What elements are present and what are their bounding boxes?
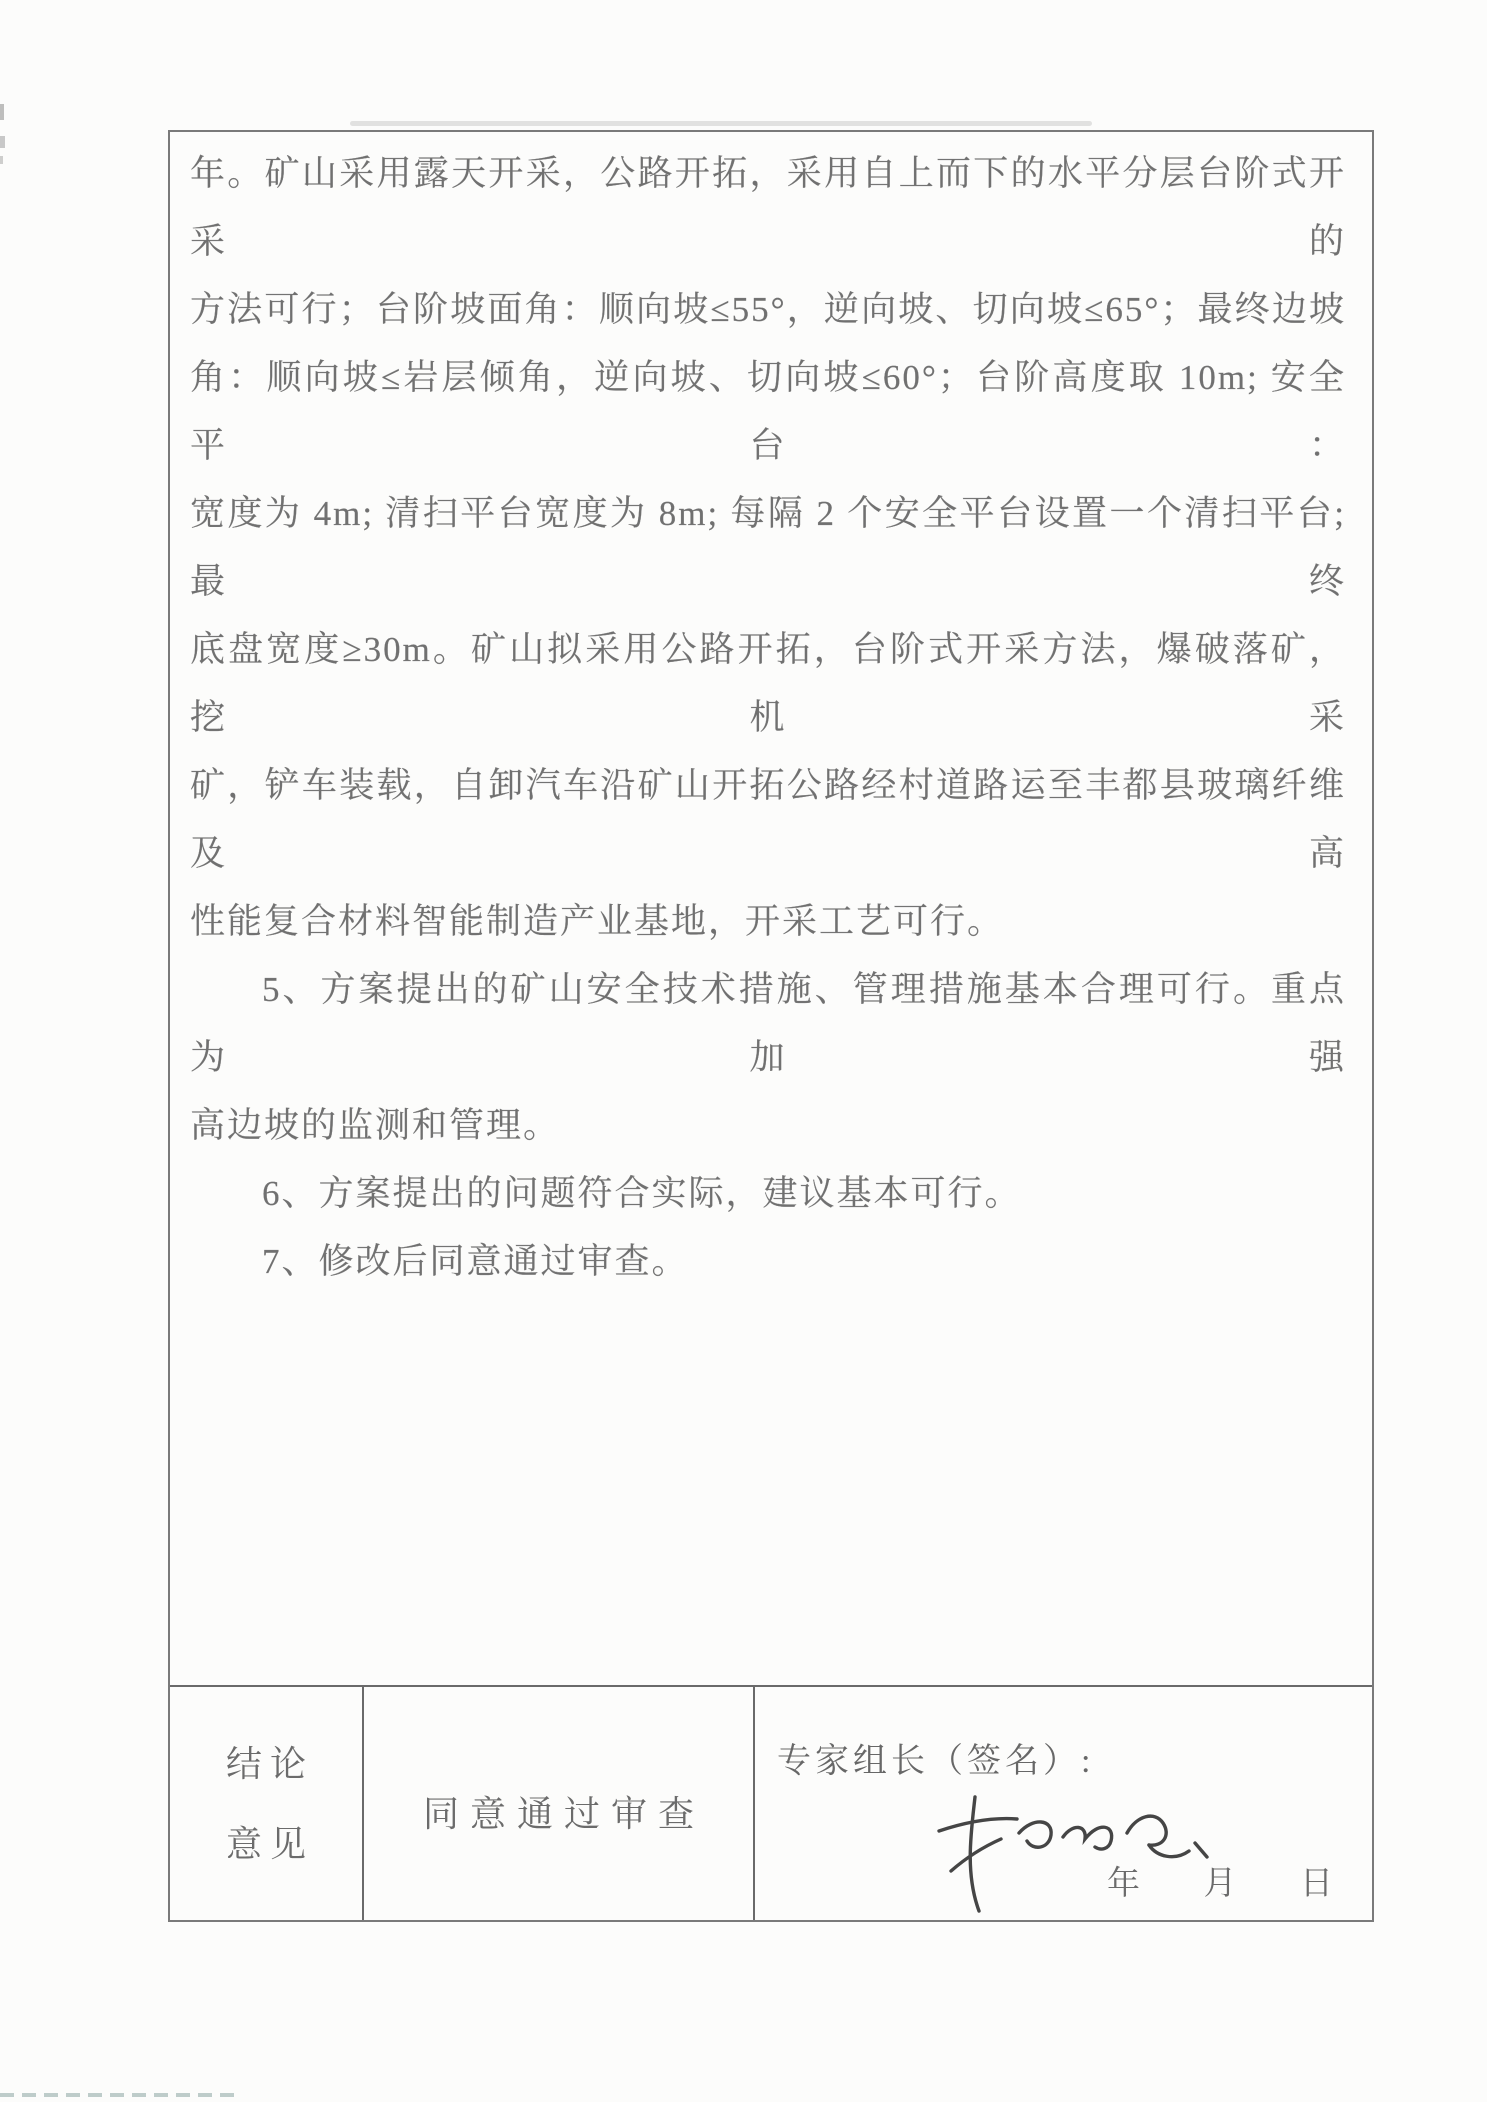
opinion-line: 角：顺向坡≤岩层倾角，逆向坡、切向坡≤60°；台阶高度取 10m; 安全平台： <box>190 344 1346 480</box>
opinion-line: 方法可行；台阶坡面角：顺向坡≤55°，逆向坡、切向坡≤65°；最终边坡 <box>190 276 1346 344</box>
opinion-line: 底盘宽度≥30m。矿山拟采用公路开拓，台阶式开采方法，爆破落矿，挖机采 <box>190 616 1346 752</box>
opinion-line-item-5: 5、方案提出的矿山安全技术措施、管理措施基本合理可行。重点为加强 <box>190 956 1346 1092</box>
date-day-label: 日 <box>1300 1857 1333 1904</box>
conclusion-text: 同意通过审查 <box>412 1786 705 1837</box>
conclusion-label-line2: 意见 <box>218 1804 314 1884</box>
conclusion-label-line1: 结论 <box>218 1724 314 1804</box>
opinion-line-item-6: 6、方案提出的问题符合实际，建议基本可行。 <box>190 1160 1346 1228</box>
scan-edge-speck <box>0 104 4 120</box>
opinion-line: 年。矿山采用露天开采，公路开拓，采用自上而下的水平分层台阶式开采的 <box>190 140 1346 276</box>
scan-bottom-edge-artifact <box>0 2093 237 2097</box>
scan-edge-speck <box>0 136 5 148</box>
scan-edge-speck <box>0 156 3 164</box>
date-month-label: 月 <box>1204 1857 1237 1904</box>
signature-date-row: 年 月 日 <box>1107 1857 1333 1904</box>
review-opinion-table: 年。矿山采用露天开采，公路开拓，采用自上而下的水平分层台阶式开采的 方法可行；台… <box>168 130 1374 1922</box>
opinion-line: 矿，铲车装载，自卸汽车沿矿山开拓公路经村道路运至丰都县玻璃纤维及高 <box>190 752 1346 888</box>
opinion-text-cell: 年。矿山采用露天开采，公路开拓，采用自上而下的水平分层台阶式开采的 方法可行；台… <box>170 132 1372 1685</box>
scan-smear-artifact <box>350 121 1092 126</box>
opinion-line-item-7: 7、修改后同意通过审查。 <box>190 1228 1346 1296</box>
date-year-label: 年 <box>1107 1857 1140 1904</box>
scanned-document-page: 年。矿山采用露天开采，公路开拓，采用自上而下的水平分层台阶式开采的 方法可行；台… <box>0 0 1487 2102</box>
conclusion-label-cell: 结论 意见 <box>170 1687 364 1920</box>
signature-cell: 专家组长（签名）: 年 月 日 <box>755 1687 1372 1920</box>
opinion-line: 性能复合材料智能制造产业基地，开采工艺可行。 <box>190 888 1346 956</box>
opinion-line: 高边坡的监测和管理。 <box>190 1092 1346 1160</box>
opinion-line: 宽度为 4m; 清扫平台宽度为 8m; 每隔 2 个安全平台设置一个清扫平台; … <box>190 480 1346 616</box>
conclusion-text-cell: 同意通过审查 <box>364 1687 755 1920</box>
signature-label: 专家组长（签名）: <box>777 1733 1094 1782</box>
conclusion-row: 结论 意见 同意通过审查 专家组长（签名）: <box>170 1685 1372 1920</box>
